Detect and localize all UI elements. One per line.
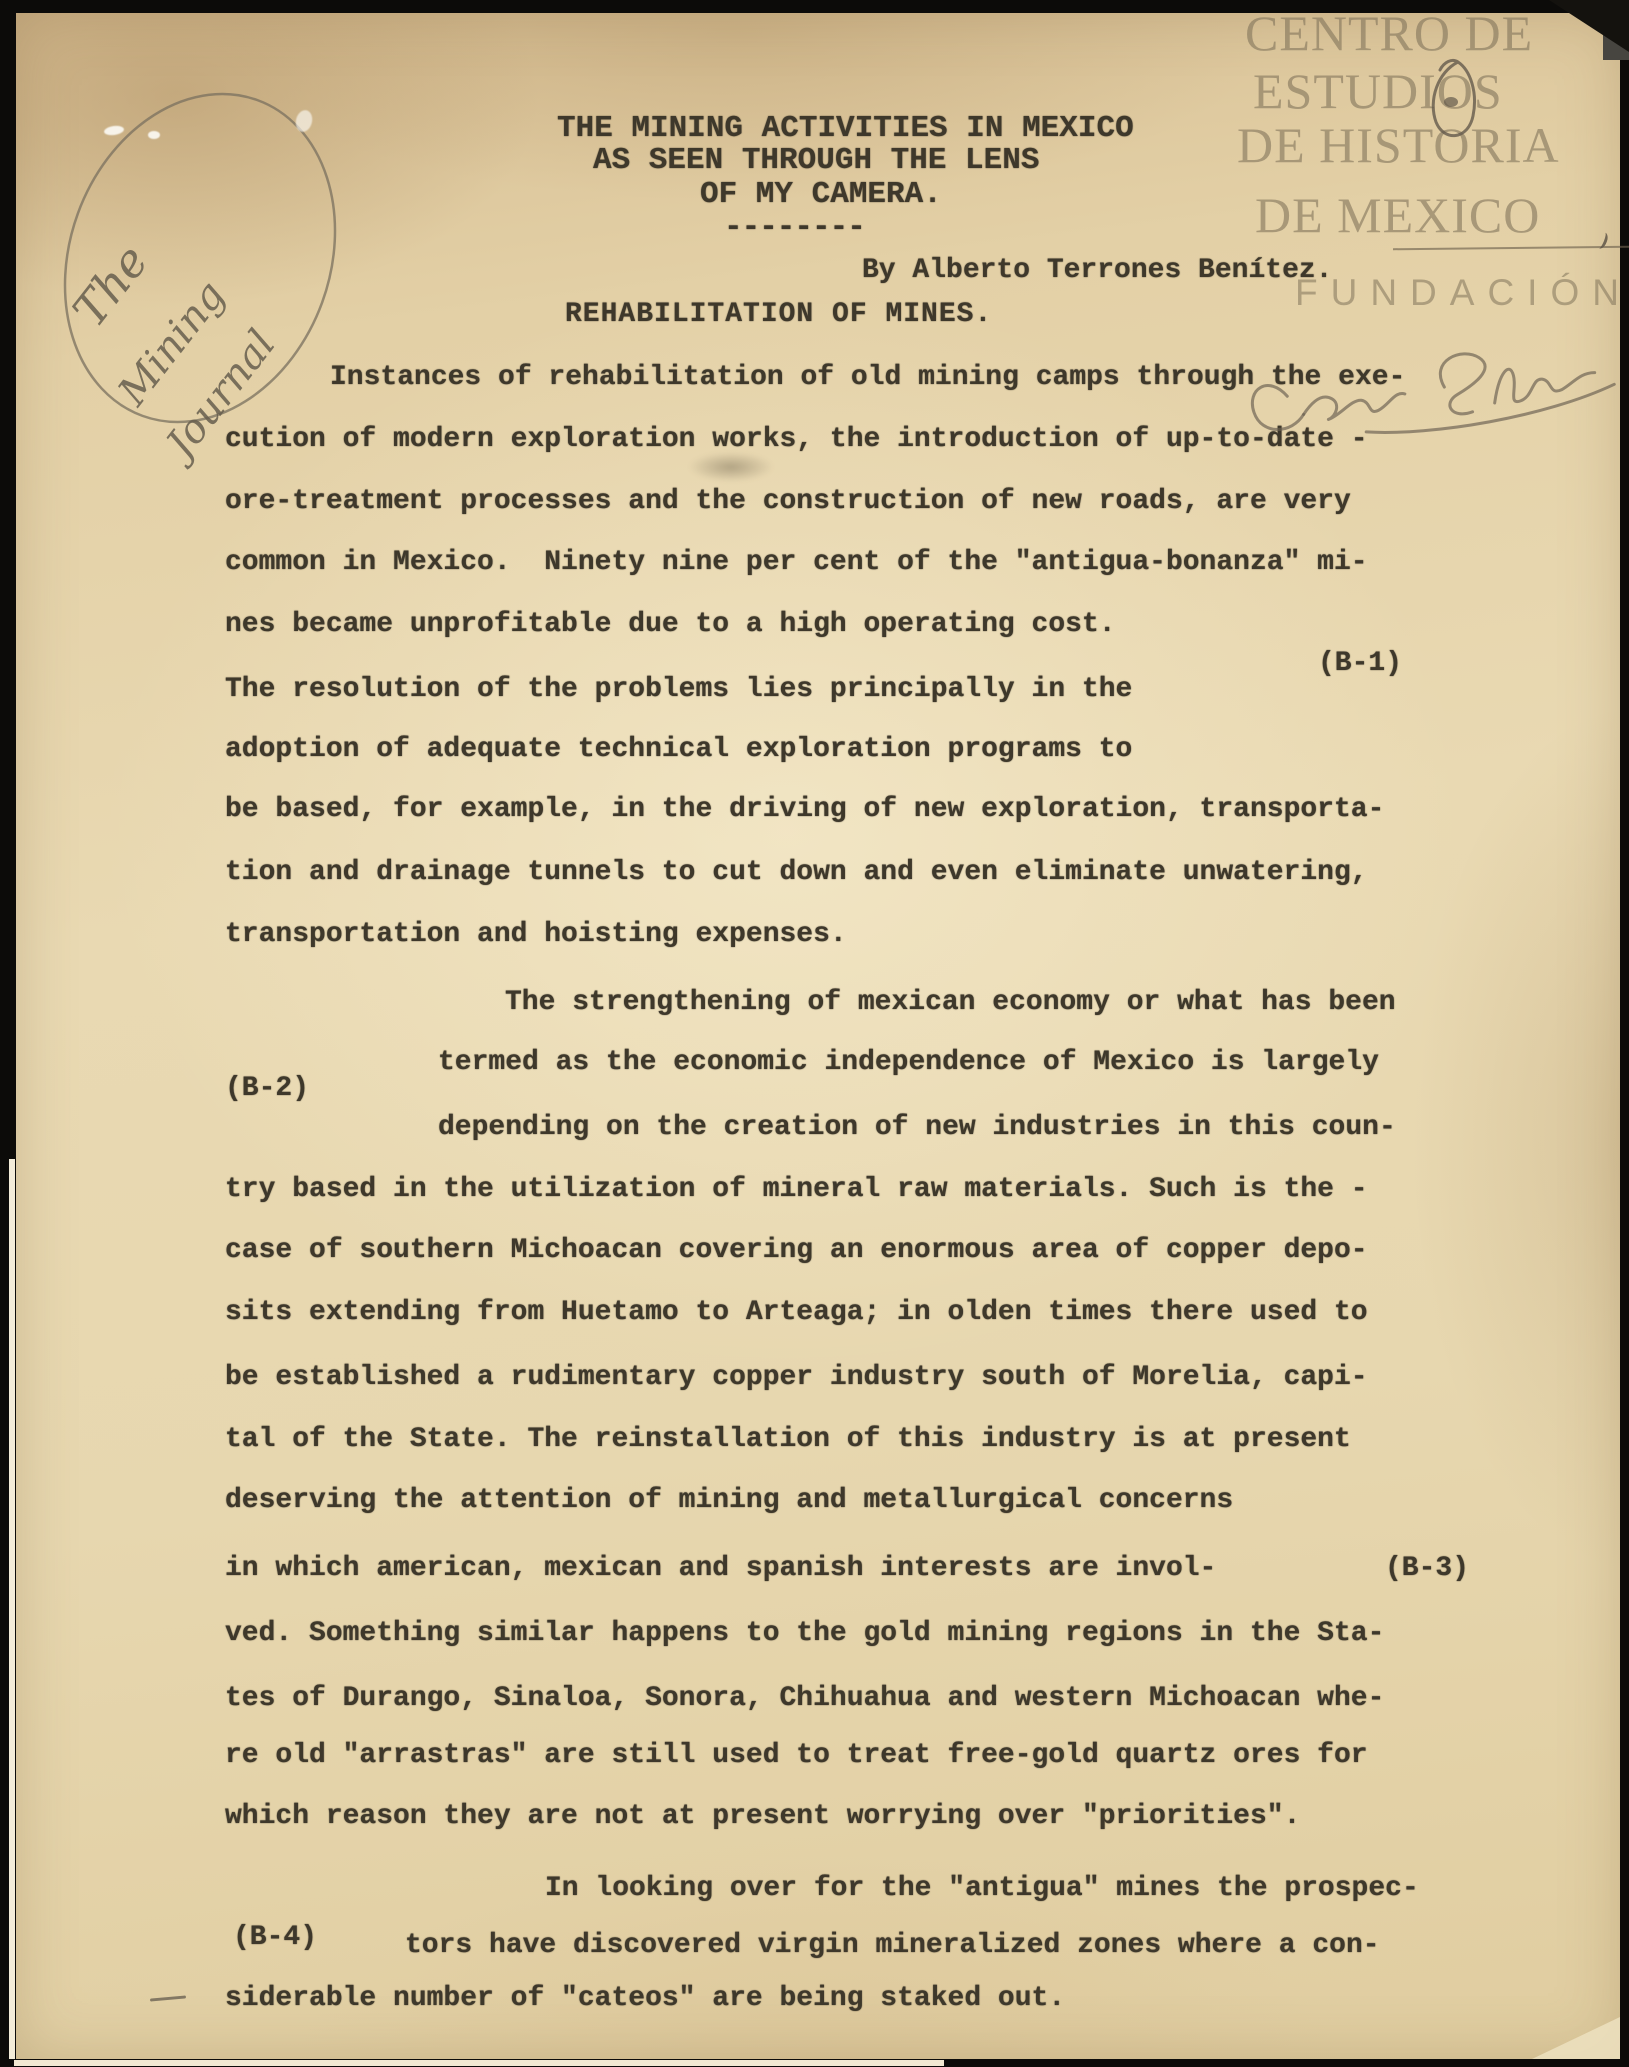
body-line: be based, for example, in the driving of… xyxy=(225,793,1384,827)
scanned-document-page: The Mining Journal THE MINING ACTIVITIES… xyxy=(0,0,1629,2067)
body-line: depending on the creation of new industr… xyxy=(438,1111,1396,1145)
paper-fold xyxy=(1532,2017,1620,2059)
body-line: deserving the attention of mining and me… xyxy=(225,1484,1233,1518)
body-line: ore-treatment processes and the construc… xyxy=(225,485,1351,519)
title-line: THE MINING ACTIVITIES IN MEXICO xyxy=(557,111,1134,147)
title-line: AS SEEN THROUGH THE LENS xyxy=(593,143,1039,179)
title-divider: -------- xyxy=(724,210,865,245)
stamp-word: The xyxy=(62,235,158,337)
byline: By Alberto Terrones Benítez. xyxy=(862,255,1332,286)
body-line: ved. Something similar happens to the go… xyxy=(225,1617,1384,1651)
body-line: termed as the economic independence of M… xyxy=(438,1046,1379,1080)
watermark-line: DE MEXICO xyxy=(1255,186,1540,244)
section-heading: REHABILITATION OF MINES. xyxy=(565,299,992,330)
watermark-line: DE HISTORIA xyxy=(1237,116,1560,174)
ink-smudge xyxy=(688,452,774,482)
body-line: The resolution of the problems lies prin… xyxy=(225,673,1132,707)
title-line: OF MY CAMERA. xyxy=(700,177,942,213)
watermark-foundation-label: FUNDACIÓN xyxy=(1295,272,1629,314)
body-line: adoption of adequate technical explorati… xyxy=(225,733,1132,767)
body-line: nes became unprofitable due to a high op… xyxy=(225,608,1116,642)
body-line: tion and drainage tunnels to cut down an… xyxy=(225,856,1368,890)
body-line: sits extending from Huetamo to Arteaga; … xyxy=(225,1296,1368,1330)
pencil-oval-stamp: The Mining Journal xyxy=(10,78,380,478)
margin-note: (B-3) xyxy=(1385,1552,1469,1586)
body-line: siderable number of "cateos" are being s… xyxy=(225,1982,1065,2016)
body-line: try based in the utilization of mineral … xyxy=(225,1173,1368,1207)
body-line: common in Mexico. Ninety nine per cent o… xyxy=(225,546,1368,580)
margin-note: (B-4) xyxy=(233,1921,317,1955)
body-line: be established a rudimentary copper indu… xyxy=(225,1361,1368,1395)
paper-speck xyxy=(148,131,160,139)
body-line: cution of modern exploration works, the … xyxy=(225,423,1368,457)
pencil-doodle xyxy=(1416,52,1490,152)
body-line: tors have discovered virgin mineralized … xyxy=(405,1929,1380,1963)
clipped-paper-corner xyxy=(1549,0,1629,52)
body-line: tal of the State. The reinstallation of … xyxy=(225,1423,1351,1457)
body-line: which reason they are not at present wor… xyxy=(225,1800,1300,1834)
body-line: re old "arrastras" are still used to tre… xyxy=(225,1739,1368,1773)
body-line: tes of Durango, Sinaloa, Sonora, Chihuah… xyxy=(225,1682,1384,1716)
body-line: The strengthening of mexican economy or … xyxy=(505,986,1396,1020)
margin-note: (B-1) xyxy=(1318,647,1402,681)
body-line: in which american, mexican and spanish i… xyxy=(225,1552,1216,1586)
margin-note: (B-2) xyxy=(225,1072,309,1106)
body-line: case of southern Michoacan covering an e… xyxy=(225,1234,1368,1268)
body-line: In looking over for the "antigua" mines … xyxy=(545,1872,1419,1906)
body-line: transportation and hoisting expenses. xyxy=(225,918,847,952)
